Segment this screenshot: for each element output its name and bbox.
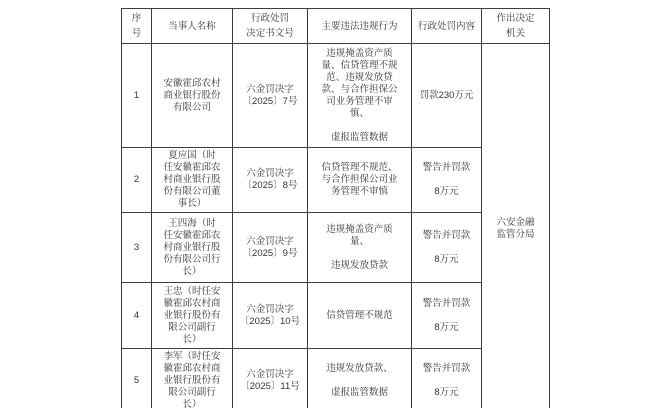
cell-party-name: 王忠（时任安 徽霍邱农村商 业银行股份有 限公司副行 长） xyxy=(152,283,233,349)
cell-seq: 4 xyxy=(122,283,152,349)
cell-doc-number: 六金罚决字 〔2025〕9号 xyxy=(233,213,308,283)
cell-penalty: 警告并罚款 8万元 xyxy=(412,283,482,349)
cell-seq: 1 xyxy=(122,44,152,148)
cell-seq: 3 xyxy=(122,213,152,283)
cell-doc-number: 六金罚决字 〔2025〕11号 xyxy=(233,349,308,408)
cell-violation: 信贷管理不规范、 与合作担保公司业 务管理不审慎 xyxy=(308,148,412,213)
col-header-authority: 作出决定 机关 xyxy=(482,9,550,44)
cell-penalty: 警告并罚款 8万元 xyxy=(412,349,482,408)
page: 序 号 当事人名称 行政处罚 决定书文号 主要违法违规行为 行政处罚内容 作出决… xyxy=(0,0,660,408)
col-header-party: 当事人名称 xyxy=(152,9,233,44)
table-row: 1 安徽霍邱农村 商业银行股份 有限公司 六金罚决字 〔2025〕7号 违规掩盖… xyxy=(122,44,550,148)
cell-seq: 2 xyxy=(122,148,152,213)
cell-penalty: 警告并罚款 8万元 xyxy=(412,213,482,283)
cell-doc-number: 六金罚决字 〔2025〕7号 xyxy=(233,44,308,148)
cell-violation: 信贷管理不规范 xyxy=(308,283,412,349)
cell-seq: 5 xyxy=(122,349,152,408)
cell-party-name: 夏应国（时 任安徽霍邱农 村商业银行股 份有限公司董 事长） xyxy=(152,148,233,213)
cell-violation: 违规发放贷款、 虚报监管数据 xyxy=(308,349,412,408)
cell-authority: 六安金融 监管分局 xyxy=(482,44,550,408)
col-header-penalty: 行政处罚内容 xyxy=(412,9,482,44)
cell-doc-number: 六金罚决字 〔2025〕8号 xyxy=(233,148,308,213)
cell-doc-number: 六金罚决字 〔2025〕10号 xyxy=(233,283,308,349)
cell-violation: 违规掩盖资产质 量、 违规发放贷款 xyxy=(308,213,412,283)
penalty-table: 序 号 当事人名称 行政处罚 决定书文号 主要违法违规行为 行政处罚内容 作出决… xyxy=(121,8,550,408)
cell-violation: 违规掩盖资产质 量、信贷管理不规 范、违规发放贷 款、与合作担保公 司业务管理不… xyxy=(308,44,412,148)
col-header-doc-number: 行政处罚 决定书文号 xyxy=(233,9,308,44)
cell-party-name: 安徽霍邱农村 商业银行股份 有限公司 xyxy=(152,44,233,148)
cell-party-name: 李军（时任安 徽霍邱农村商 业银行股份有 限公司副行 长） xyxy=(152,349,233,408)
col-header-seq: 序 号 xyxy=(122,9,152,44)
cell-party-name: 王四海（时 任安徽霍邱农 村商业银行股 份有限公司行 长） xyxy=(152,213,233,283)
header-row: 序 号 当事人名称 行政处罚 决定书文号 主要违法违规行为 行政处罚内容 作出决… xyxy=(122,9,550,44)
cell-penalty: 警告并罚款 8万元 xyxy=(412,148,482,213)
cell-penalty: 罚款230万元 xyxy=(412,44,482,148)
col-header-violation: 主要违法违规行为 xyxy=(308,9,412,44)
